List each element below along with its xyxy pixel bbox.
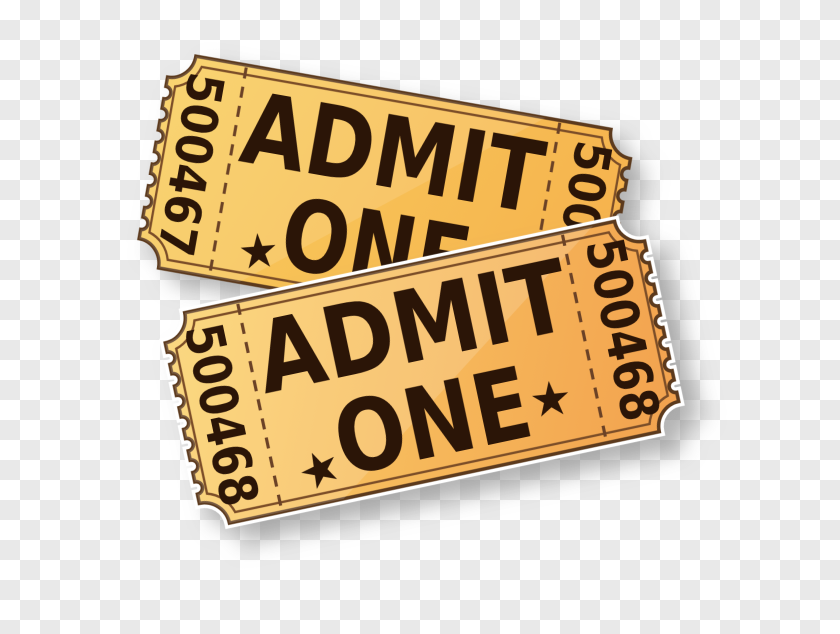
star-left-icon: ★ bbox=[236, 222, 280, 280]
transparency-checkerboard: 500467 500467 ADMIT ONE ★ ★ 500468 50046… bbox=[0, 0, 840, 634]
star-right-icon: ★ bbox=[527, 370, 575, 429]
